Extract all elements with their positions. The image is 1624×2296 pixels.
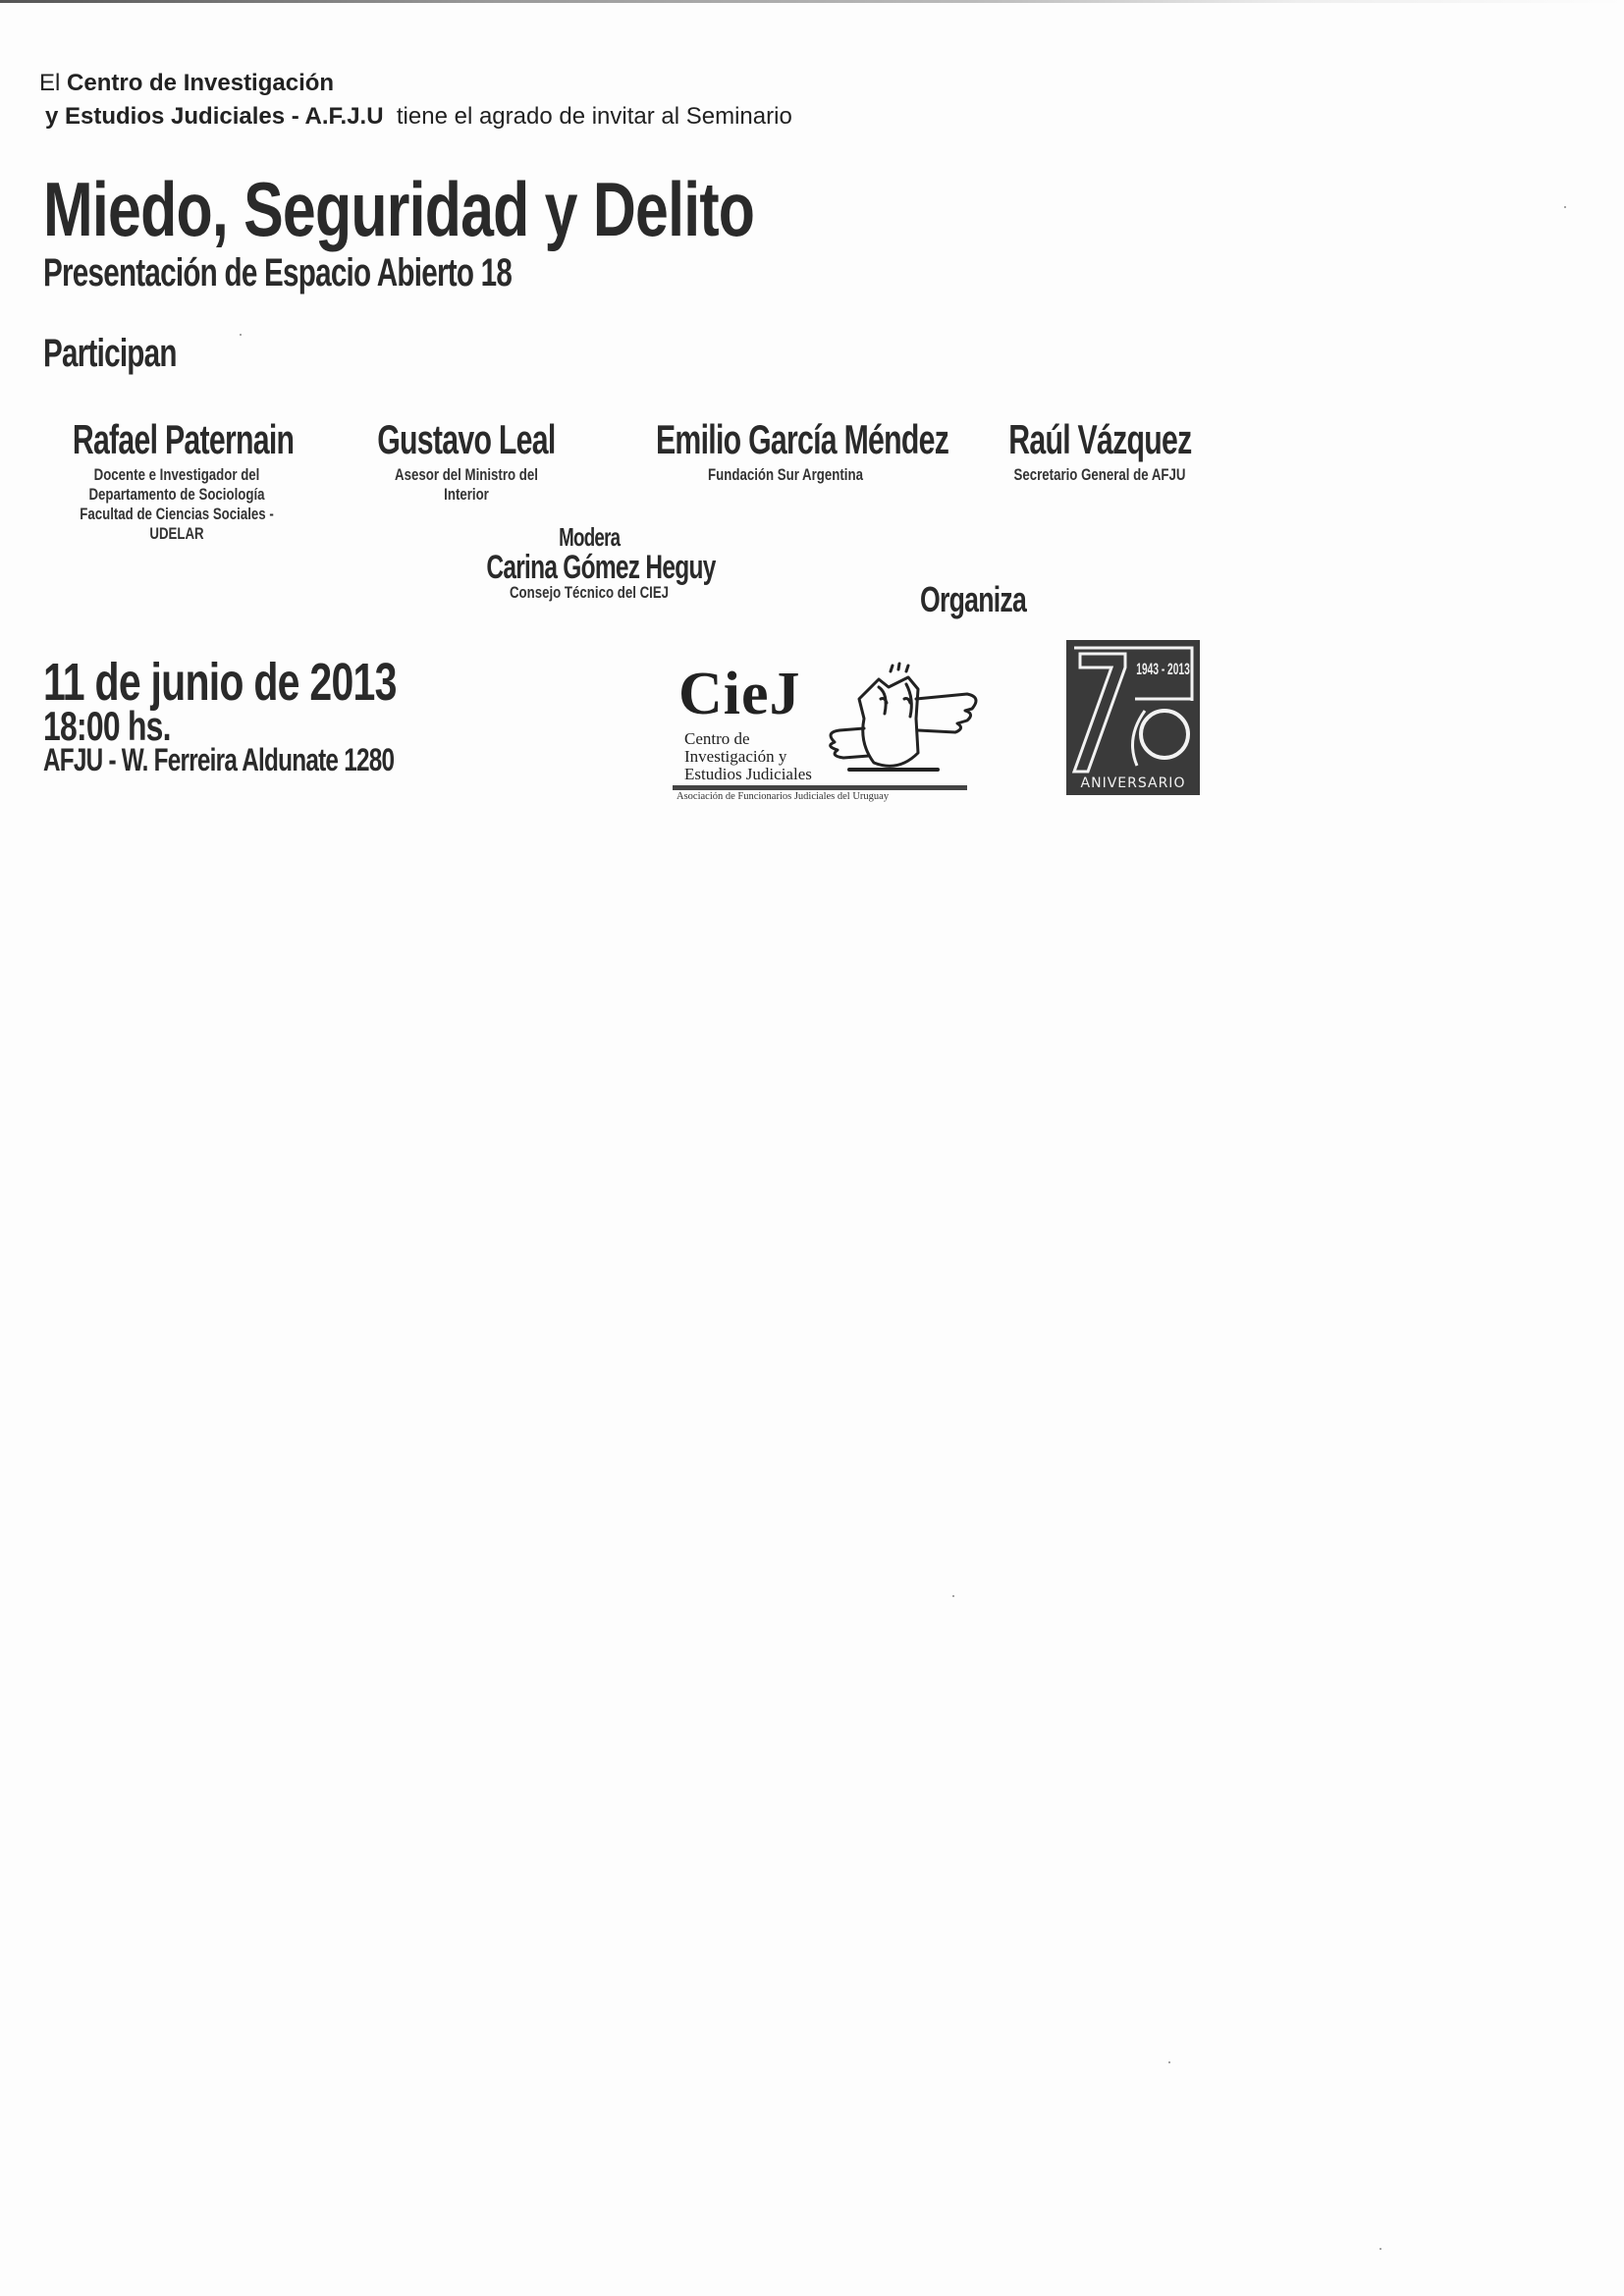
anniversary-label: ANIVERSARIO	[1066, 775, 1200, 791]
participant-role: Asesor del Ministro del Interior	[363, 465, 570, 505]
role-line: Docente e Investigador del	[62, 465, 292, 485]
owl-icon	[820, 660, 987, 787]
role-line: Secretario General de AFJU	[1001, 465, 1200, 485]
participant-name: Emilio García Méndez	[656, 416, 948, 463]
organizer-heading: Organiza	[920, 579, 1026, 620]
scan-speck	[240, 334, 242, 336]
anniversary-logo: 1943 - 2013 ANIVERSARIO	[1066, 640, 1200, 795]
moderator-role: Consejo Técnico del CIEJ	[474, 583, 704, 603]
scan-speck	[1564, 206, 1566, 208]
participant-role: Fundación Sur Argentina	[640, 465, 931, 485]
role-line: Departamento de Sociología	[62, 485, 292, 505]
scan-speck	[1380, 2248, 1381, 2250]
scan-speck	[952, 1595, 954, 1597]
intro-prefix: El	[39, 70, 60, 96]
ciej-divider	[673, 785, 967, 790]
intro-org-line2: y Estudios Judiciales - A.F.J.U	[45, 103, 384, 130]
intro-invite: tiene el agrado de invitar al Seminario	[397, 103, 792, 130]
role-line: Facultad de Ciencias Sociales - UDELAR	[62, 505, 292, 544]
participant-name: Gustavo Leal	[377, 416, 555, 463]
moderator-name: Carina Gómez Heguy	[486, 549, 715, 587]
participants-heading: Participan	[43, 332, 177, 376]
page-title: Miedo, Seguridad y Delito	[43, 165, 754, 254]
participant-name: Rafael Paternain	[73, 416, 294, 463]
participant-card: Rafael Paternain Docente e Investigador …	[29, 416, 324, 544]
ciej-acronym: CieJ	[678, 660, 801, 729]
ciej-fullname: Centro de Investigación y Estudios Judic…	[684, 730, 812, 783]
participant-role: Docente e Investigador del Departamento …	[62, 465, 292, 544]
role-line: Fundación Sur Argentina	[640, 465, 931, 485]
intro-org-line1: Centro de Investigación	[67, 70, 334, 96]
ciej-line: Estudios Judiciales	[684, 766, 812, 783]
participant-card: Raúl Vázquez Secretario General de AFJU	[972, 416, 1227, 485]
participant-role: Secretario General de AFJU	[1001, 465, 1200, 485]
anniversary-years: 1943 - 2013	[1137, 660, 1190, 679]
role-line: Interior	[363, 485, 570, 505]
ciej-line: Investigación y	[684, 748, 812, 766]
scan-edge-line	[0, 0, 1624, 3]
ciej-association: Asociación de Funcionarios Judiciales de…	[677, 791, 889, 802]
ciej-logo: CieJ Centro de Investigación y Estudios …	[673, 660, 987, 797]
moderator-card: Modera Carina Gómez Heguy Consejo Técnic…	[442, 522, 736, 603]
page-subtitle: Presentación de Espacio Abierto 18	[43, 251, 512, 295]
role-line: Asesor del Ministro del	[363, 465, 570, 485]
participant-card: Emilio García Méndez Fundación Sur Argen…	[599, 416, 972, 485]
participant-card: Gustavo Leal Asesor del Ministro del Int…	[334, 416, 599, 505]
event-location: AFJU - W. Ferreira Aldunate 1280	[43, 742, 394, 778]
participant-name: Raúl Vázquez	[1008, 416, 1191, 463]
scan-speck	[1168, 2061, 1170, 2063]
ciej-line: Centro de	[684, 730, 812, 748]
intro-text: El Centro de Investigación y Estudios Ju…	[39, 67, 792, 133]
